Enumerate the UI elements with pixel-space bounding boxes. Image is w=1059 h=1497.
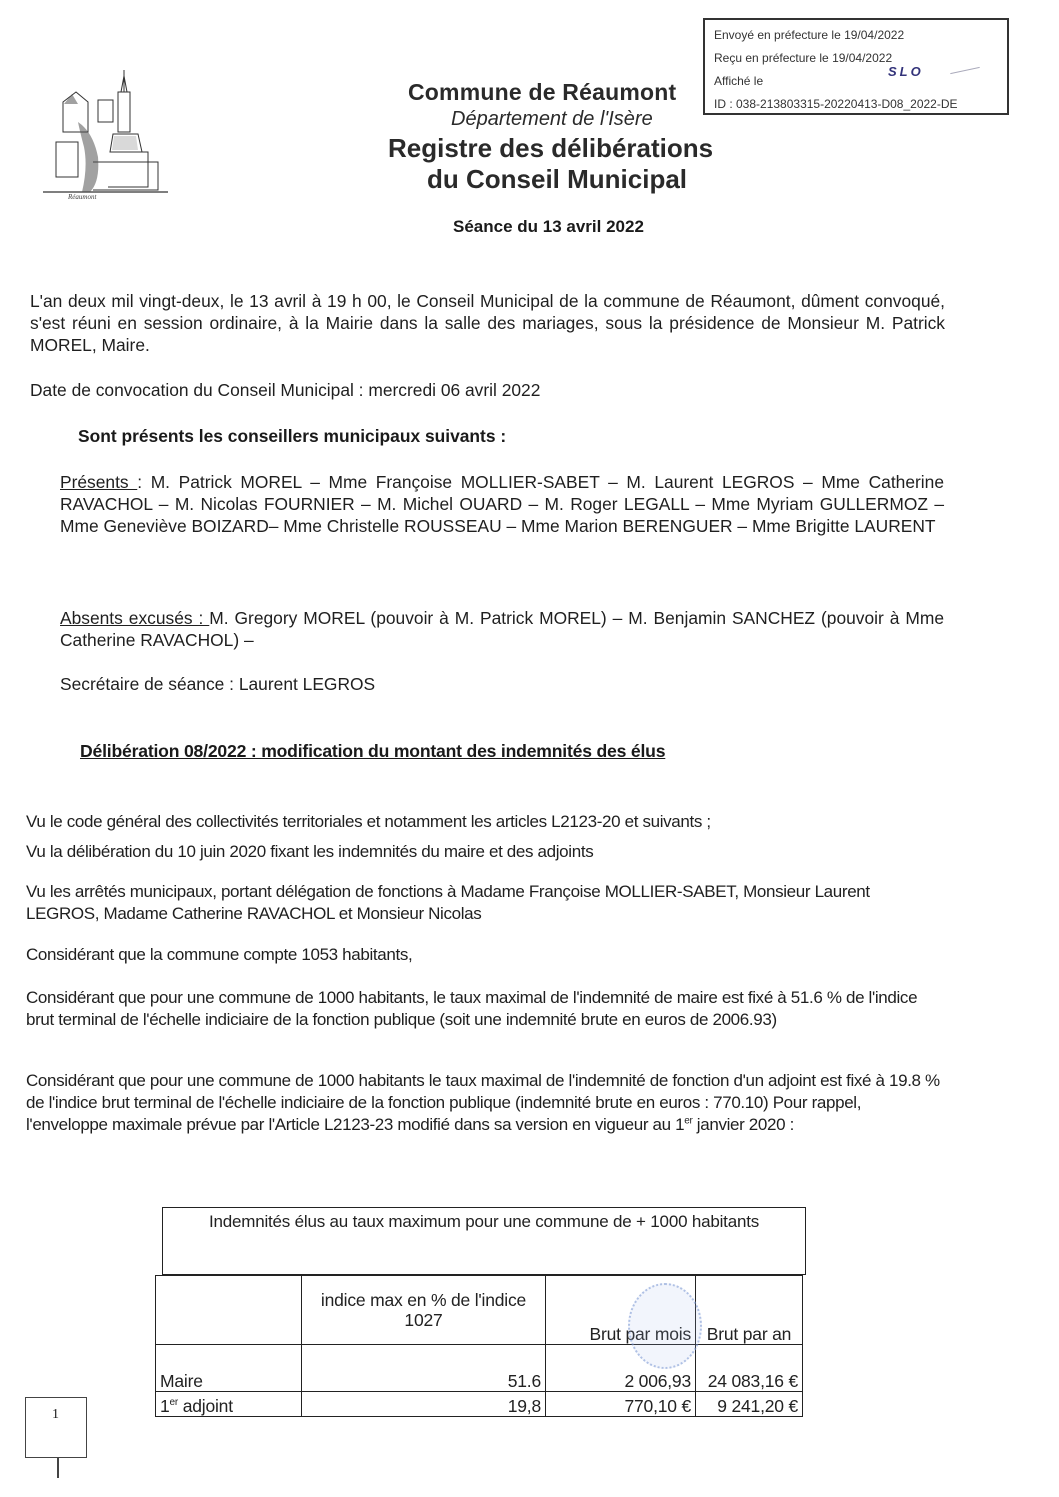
header-cell-indice: indice max en % de l'indice 1027 [302,1276,546,1345]
vu-code-general: Vu le code général des collectivités ter… [26,811,711,833]
registre-title-line1: Registre des délibérations [388,133,713,164]
presents-heading: Sont présents les conseillers municipaux… [78,426,506,447]
stamp-sent: Envoyé en préfecture le 19/04/2022 [714,28,904,42]
departement-subtitle: Département de l'Isère [451,108,653,131]
page-tick-divider [57,1458,59,1478]
page-number: 1 [52,1407,59,1423]
indemnities-table-title: Indemnités élus au taux maximum pour une… [162,1207,806,1275]
table-row: 1er adjoint 19,8 770,10 € 9 241,20 € [156,1392,803,1417]
stamp-id: ID : 038-213803315-20220413-D08_2022-DE [714,97,958,111]
presents-list: Présents : M. Patrick MOREL – Mme Franço… [60,471,944,537]
page-number-box: 1 [25,1397,87,1458]
deliberation-title: Délibération 08/2022 : modification du m… [80,741,665,762]
row-indice: 19,8 [302,1392,546,1417]
vu-deliberation-2020: Vu la délibération du 10 juin 2020 fixan… [26,841,593,863]
commune-title: Commune de Réaumont [408,79,676,106]
considerant-adjoint: Considérant que pour une commune de 1000… [26,1070,944,1136]
row-label: 1er adjoint [156,1392,302,1417]
stamp-received: Reçu en préfecture le 19/04/2022 [714,51,892,65]
presents-label: Présents [60,472,137,492]
row-brut-mois: 770,10 € [546,1392,696,1417]
prefecture-stamp: Envoyé en préfecture le 19/04/2022 Reçu … [703,18,1009,115]
seance-date: Séance du 13 avril 2022 [453,217,644,237]
convocation-date: Date de convocation du Conseil Municipal… [30,379,540,401]
header-cell-empty [156,1276,302,1345]
registre-title-line2: du Conseil Municipal [427,164,687,195]
absents-label: Absents excusés : [60,608,209,628]
considerant-habitants: Considérant que la commune compte 1053 h… [26,944,412,966]
secretaire-de-seance: Secrétaire de séance : Laurent LEGROS [60,673,375,695]
row-label: Maire [156,1345,302,1392]
church-village-sketch-icon: Réaumont [38,62,173,202]
row-brut-an: 24 083,16 € [696,1345,803,1392]
row-brut-an: 9 241,20 € [696,1392,803,1417]
considerant-maire: Considérant que pour une commune de 1000… [26,987,944,1031]
header-cell-brut-an: Brut par an [696,1276,803,1345]
slo-logo-icon: SLO [888,64,924,79]
indemnities-table: indice max en % de l'indice 1027 Brut pa… [155,1275,803,1417]
row-indice: 51.6 [302,1345,546,1392]
official-seal-icon [628,1283,702,1369]
stamp-posted: Affiché le [714,74,763,88]
absents-list: Absents excusés : M. Gregory MOREL (pouv… [60,607,944,651]
vu-arretes-municipaux: Vu les arrêtés municipaux, portant délég… [26,881,926,925]
presents-names: : M. Patrick MOREL – Mme Françoise MOLLI… [60,472,944,536]
table-header-row: indice max en % de l'indice 1027 Brut pa… [156,1276,803,1345]
svg-text:Réaumont: Réaumont [67,193,97,201]
intro-paragraph: L'an deux mil vingt-deux, le 13 avril à … [30,290,945,356]
table-row: Maire 51.6 2 006,93 24 083,16 € [156,1345,803,1392]
